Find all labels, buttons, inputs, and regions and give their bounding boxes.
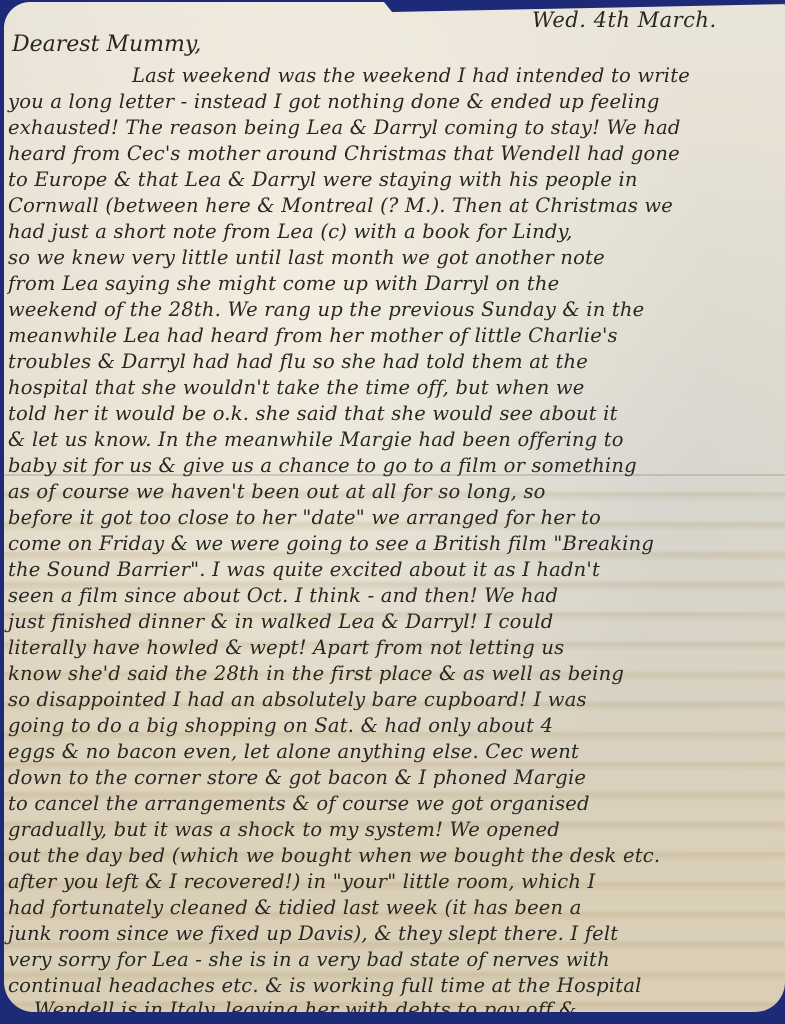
letter-line: from Lea saying she might come up with D… (8, 272, 559, 295)
letter-line: literally have howled & wept! Apart from… (8, 636, 564, 659)
letter-line: seen a film since about Oct. I think - a… (8, 584, 558, 607)
letter-line: gradually, but it was a shock to my syst… (8, 818, 560, 841)
letter-line: eggs & no bacon even, let alone anything… (8, 740, 579, 763)
letter-line: so we knew very little until last month … (8, 246, 605, 269)
letter-line: very sorry for Lea - she is in a very ba… (8, 948, 610, 971)
letter-line: the Sound Barrier". I was quite excited … (8, 558, 600, 581)
letter-line: just finished dinner & in walked Lea & D… (8, 610, 553, 633)
letter-line: out the day bed (which we bought when we… (8, 844, 660, 867)
letter-line: hospital that she wouldn't take the time… (8, 376, 585, 399)
letter-line: & let us know. In the meanwhile Margie h… (8, 428, 624, 451)
letter-line: as of course we haven't been out at all … (8, 480, 546, 503)
letter-line: exhausted! The reason being Lea & Darryl… (8, 116, 681, 139)
letter-line: junk room since we fixed up Davis), & th… (8, 922, 618, 945)
letter-line: you a long letter - instead I got nothin… (8, 90, 660, 113)
letter-line: told her it would be o.k. she said that … (8, 402, 618, 425)
letter-paper: Wed. 4th March. Dearest Mummy, Last week… (4, 2, 785, 1012)
letter-line: going to do a big shopping on Sat. & had… (8, 714, 553, 737)
letter-line: come on Friday & we were going to see a … (8, 532, 654, 555)
letter-line: know she'd said the 28th in the first pl… (8, 662, 624, 685)
letter-date: Wed. 4th March. (532, 8, 717, 32)
letter-line: after you left & I recovered!) in "your"… (8, 870, 595, 893)
letter-line: to cancel the arrangements & of course w… (8, 792, 590, 815)
letter-line: baby sit for us & give us a chance to go… (8, 454, 637, 477)
letter-line: so disappointed I had an absolutely bare… (8, 688, 587, 711)
letter-line: had just a short note from Lea (c) with … (8, 220, 573, 243)
letter-salutation: Dearest Mummy, (12, 32, 201, 57)
letter-line: troubles & Darryl had had flu so she had… (8, 350, 588, 373)
letter-line: Wendell is in Italy, leaving her with de… (34, 998, 577, 1012)
letter-line: continual headaches etc. & is working fu… (8, 974, 642, 997)
letter-line: Last weekend was the weekend I had inten… (132, 64, 690, 87)
letter-line: weekend of the 28th. We rang up the prev… (8, 298, 644, 321)
letter-line: meanwhile Lea had heard from her mother … (8, 324, 618, 347)
letter-line: Cornwall (between here & Montreal (? M.)… (8, 194, 673, 217)
letter-line: heard from Cec's mother around Christmas… (8, 142, 680, 165)
letter-line: to Europe & that Lea & Darryl were stayi… (8, 168, 638, 191)
letter-line: had fortunately cleaned & tidied last we… (8, 896, 582, 919)
letter-line: down to the corner store & got bacon & I… (8, 766, 586, 789)
letter-line: before it got too close to her "date" we… (8, 506, 601, 529)
